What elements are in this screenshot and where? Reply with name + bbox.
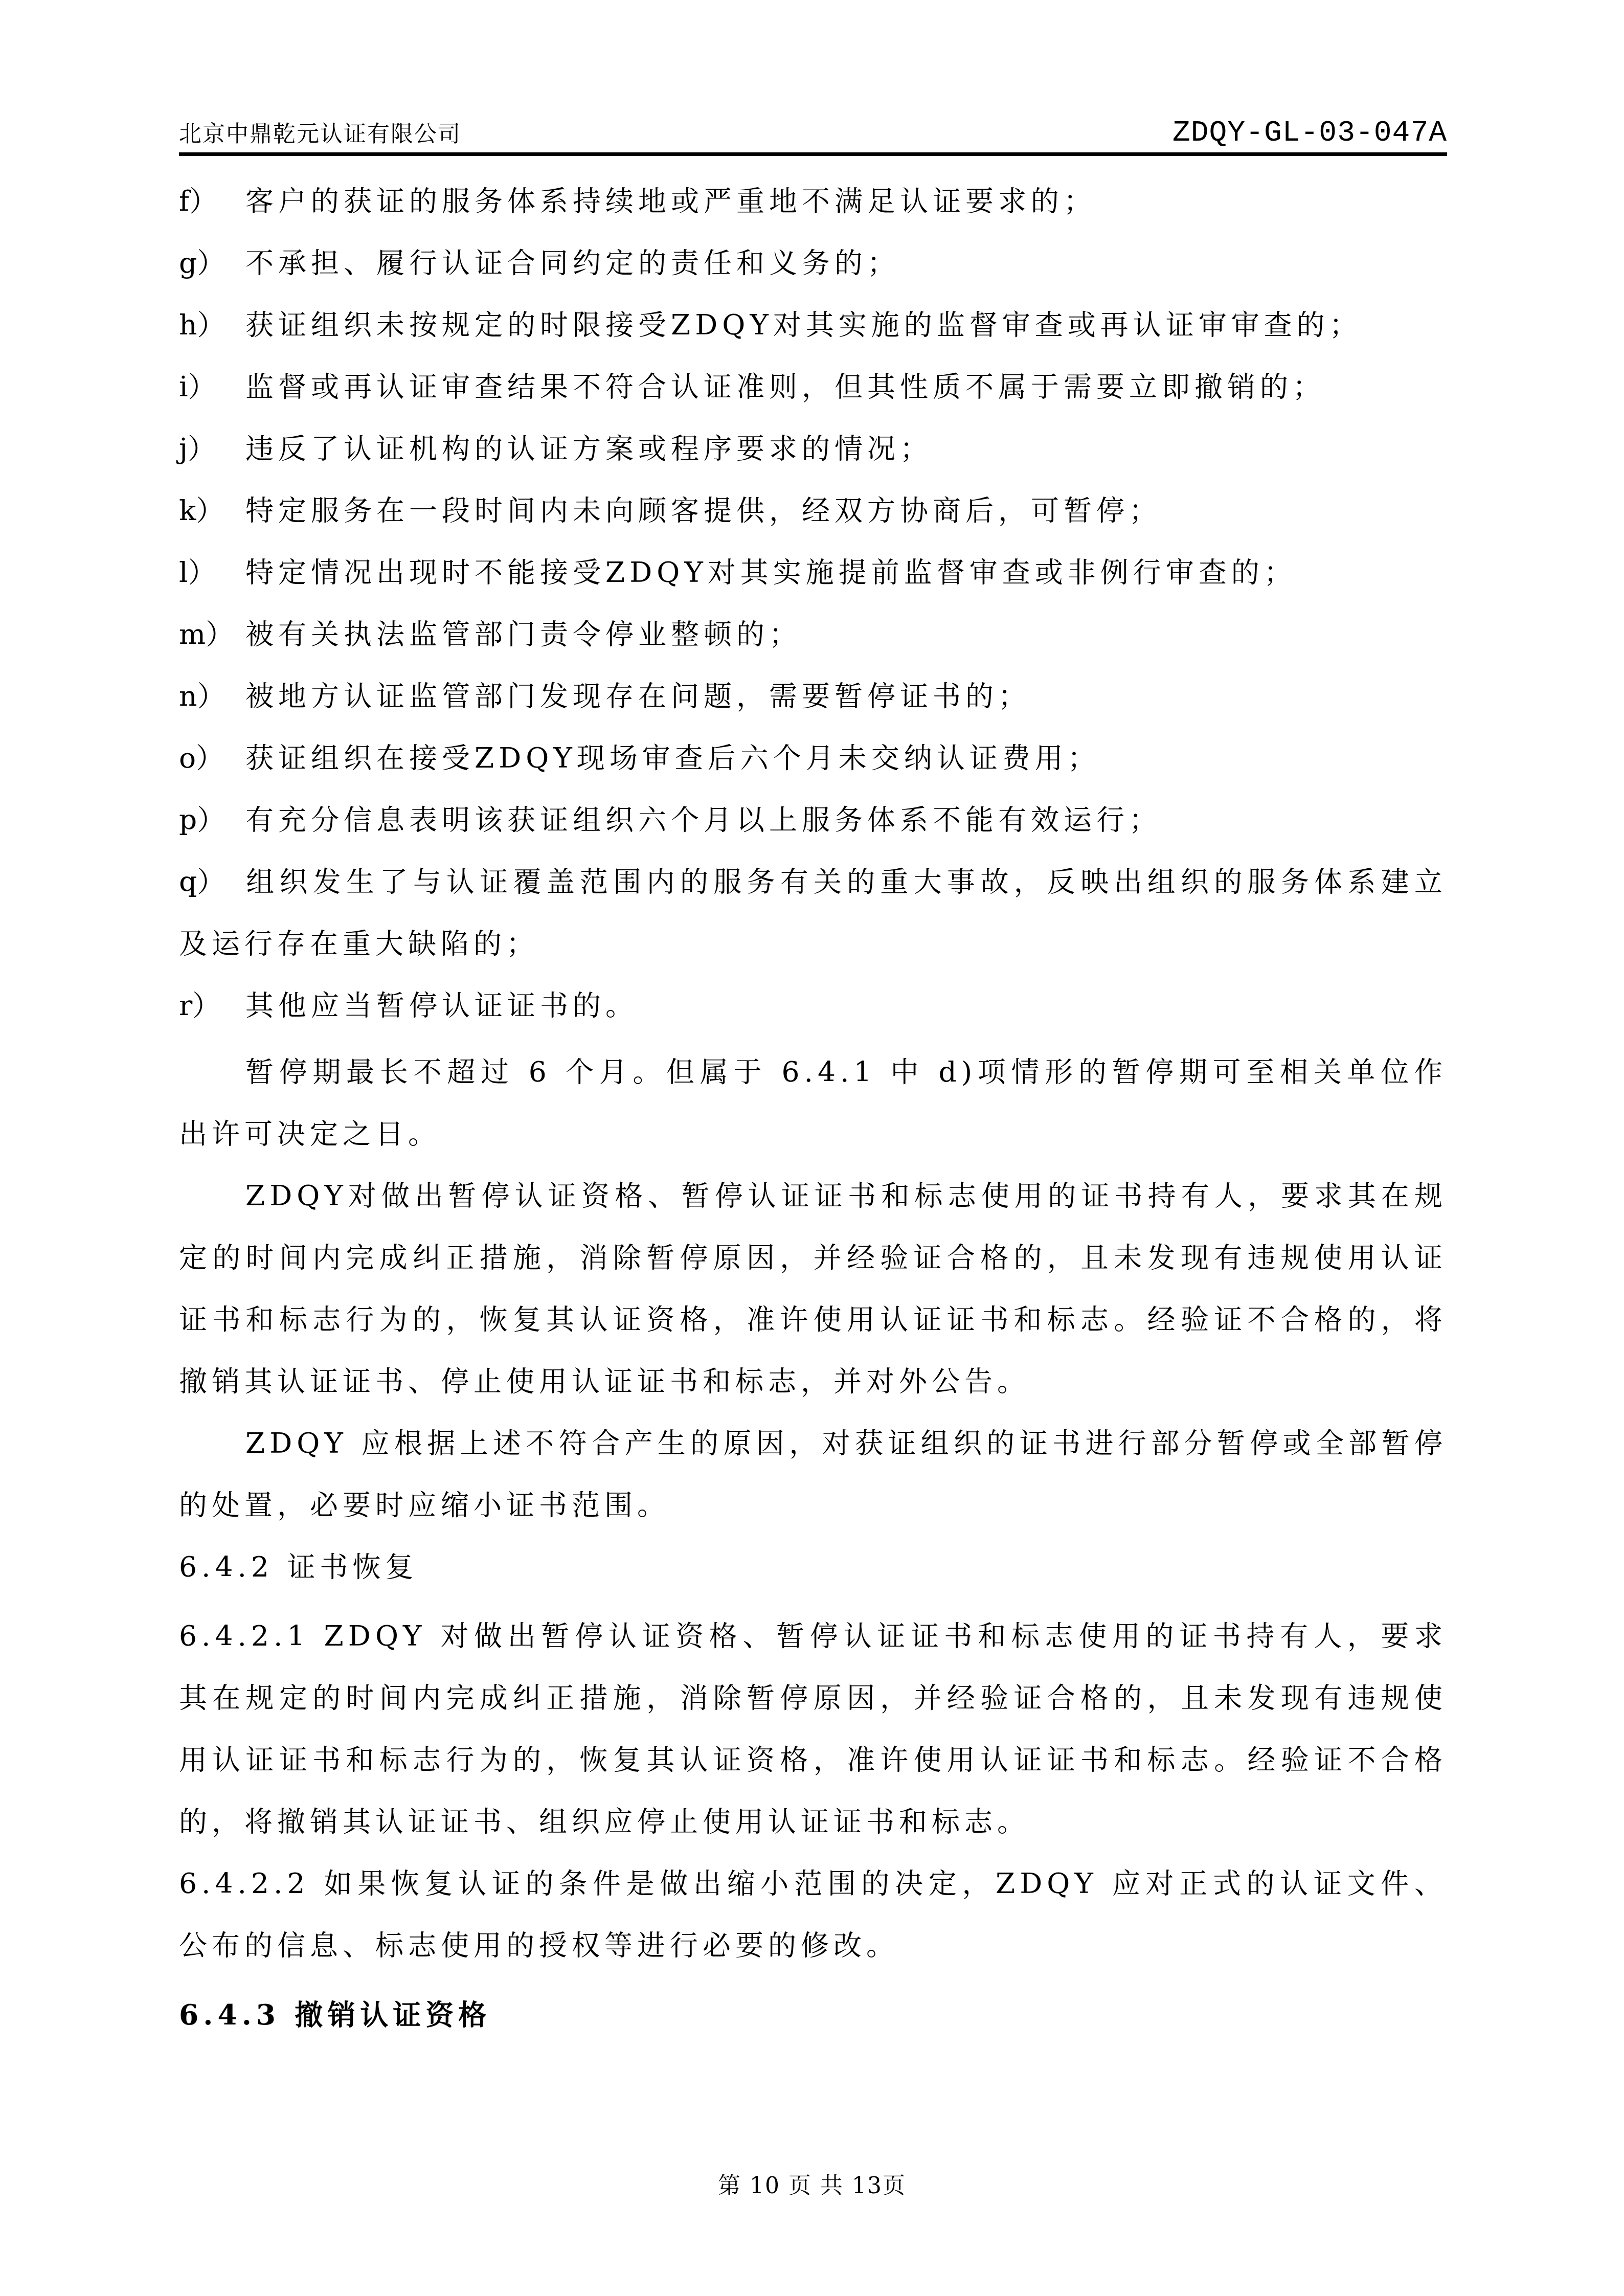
list-marker-m: m）: [179, 603, 245, 665]
list-text-m: 被有关执法监管部门责令停业整顿的；: [245, 618, 802, 650]
document-page: 北京中鼎乾元认证有限公司 ZDQY-GL-03-047A f）客户的获证的服务体…: [0, 0, 1624, 2296]
page-header: 北京中鼎乾元认证有限公司 ZDQY-GL-03-047A: [179, 119, 1447, 156]
list-marker-l: l）: [179, 542, 245, 603]
list-marker-o: o）: [179, 727, 245, 789]
list-marker-h: h）: [179, 294, 245, 356]
section-heading-6-4-3: 6.4.3 撤销认证资格: [179, 1984, 1447, 2045]
paragraph-suspension-period: 暂停期最长不超过 6 个月。但属于 6.4.1 中 d)项情形的暂停期可至相关单…: [179, 1041, 1447, 1165]
list-text-j: 违反了认证机构的认证方案或程序要求的情况；: [245, 432, 933, 465]
list-item-p: p）有充分信息表明该获证组织六个月以上服务体系不能有效运行；: [179, 789, 1447, 851]
list-item-k: k）特定服务在一段时间内未向顾客提供，经双方协商后，可暂停；: [179, 480, 1447, 542]
list-text-g: 不承担、履行认证合同约定的责任和义务的；: [245, 246, 900, 279]
list-text-h: 获证组织未按规定的时限接受ZDQY对其实施的监督审查或再认证审审查的；: [245, 308, 1362, 341]
list-text-n: 被地方认证监管部门发现存在问题，需要暂停证书的；: [245, 680, 1031, 712]
list-marker-n: n）: [179, 665, 245, 727]
paragraph-zdqy-disposal: ZDQY 应根据上述不符合产生的原因，对获证组织的证书进行部分暂停或全部暂停的处…: [179, 1412, 1447, 1536]
list-item-h: h）获证组织未按规定的时限接受ZDQY对其实施的监督审查或再认证审审查的；: [179, 294, 1447, 356]
page-number-indicator: 第 10 页 共 13页: [718, 2173, 906, 2199]
list-marker-k: k）: [179, 480, 245, 542]
list-marker-g: g）: [179, 232, 245, 294]
list-item-m: m）被有关执法监管部门责令停业整顿的；: [179, 603, 1447, 665]
list-text-q: 组织发生了与认证覆盖范围内的服务有关的重大事故，反映出组织的服务体系建立及运行存…: [179, 865, 1447, 960]
list-text-p: 有充分信息表明该获证组织六个月以上服务体系不能有效运行；: [245, 803, 1162, 836]
list-item-r: r）其他应当暂停认证证书的。: [179, 975, 1447, 1037]
list-marker-f: f）: [179, 170, 245, 232]
page-footer: 第 10 页 共 13页: [0, 2167, 1624, 2200]
list-marker-i: i）: [179, 356, 245, 418]
list-marker-r: r）: [179, 975, 245, 1037]
list-text-i: 监督或再认证审查结果不符合认证准则，但其性质不属于需要立即撤销的；: [245, 370, 1325, 403]
paragraph-zdqy-restore: ZDQY对做出暂停认证资格、暂停认证证书和标志使用的证书持有人，要求其在规定的时…: [179, 1165, 1447, 1412]
list-item-j: j）违反了认证机构的认证方案或程序要求的情况；: [179, 418, 1447, 480]
list-text-f: 客户的获证的服务体系持续地或严重地不满足认证要求的；: [245, 185, 1096, 217]
list-text-k: 特定服务在一段时间内未向顾客提供，经双方协商后，可暂停；: [245, 494, 1162, 527]
list-item-g: g）不承担、履行认证合同约定的责任和义务的；: [179, 232, 1447, 294]
paragraph-6-4-2-2: 6.4.2.2 如果恢复认证的条件是做出缩小范围的决定，ZDQY 应对正式的认证…: [179, 1853, 1447, 1976]
document-number: ZDQY-GL-03-047A: [1172, 119, 1447, 148]
list-item-l: l）特定情况出现时不能接受ZDQY对其实施提前监督审查或非例行审查的；: [179, 542, 1447, 603]
list-item-o: o）获证组织在接受ZDQY现场审查后六个月未交纳认证费用；: [179, 727, 1447, 789]
list-text-l: 特定情况出现时不能接受ZDQY对其实施提前监督审查或非例行审查的；: [245, 556, 1297, 589]
company-name: 北京中鼎乾元认证有限公司: [179, 121, 461, 148]
document-body: f）客户的获证的服务体系持续地或严重地不满足认证要求的； g）不承担、履行认证合…: [179, 170, 1447, 2045]
list-item-q: q）组织发生了与认证覆盖范围内的服务有关的重大事故，反映出组织的服务体系建立及运…: [179, 851, 1447, 975]
list-text-r: 其他应当暂停认证证书的。: [245, 989, 638, 1022]
list-item-n: n）被地方认证监管部门发现存在问题，需要暂停证书的；: [179, 665, 1447, 727]
paragraph-6-4-2-1: 6.4.2.1 ZDQY 对做出暂停认证资格、暂停认证证书和标志使用的证书持有人…: [179, 1605, 1447, 1853]
section-heading-6-4-2: 6.4.2 证书恢复: [179, 1536, 1447, 1598]
list-marker-p: p）: [179, 789, 245, 851]
list-marker-q: q）: [179, 851, 245, 913]
list-marker-j: j）: [179, 418, 245, 480]
list-text-o: 获证组织在接受ZDQY现场审查后六个月未交纳认证费用；: [245, 741, 1100, 774]
list-item-i: i）监督或再认证审查结果不符合认证准则，但其性质不属于需要立即撤销的；: [179, 356, 1447, 418]
list-item-f: f）客户的获证的服务体系持续地或严重地不满足认证要求的；: [179, 170, 1447, 232]
